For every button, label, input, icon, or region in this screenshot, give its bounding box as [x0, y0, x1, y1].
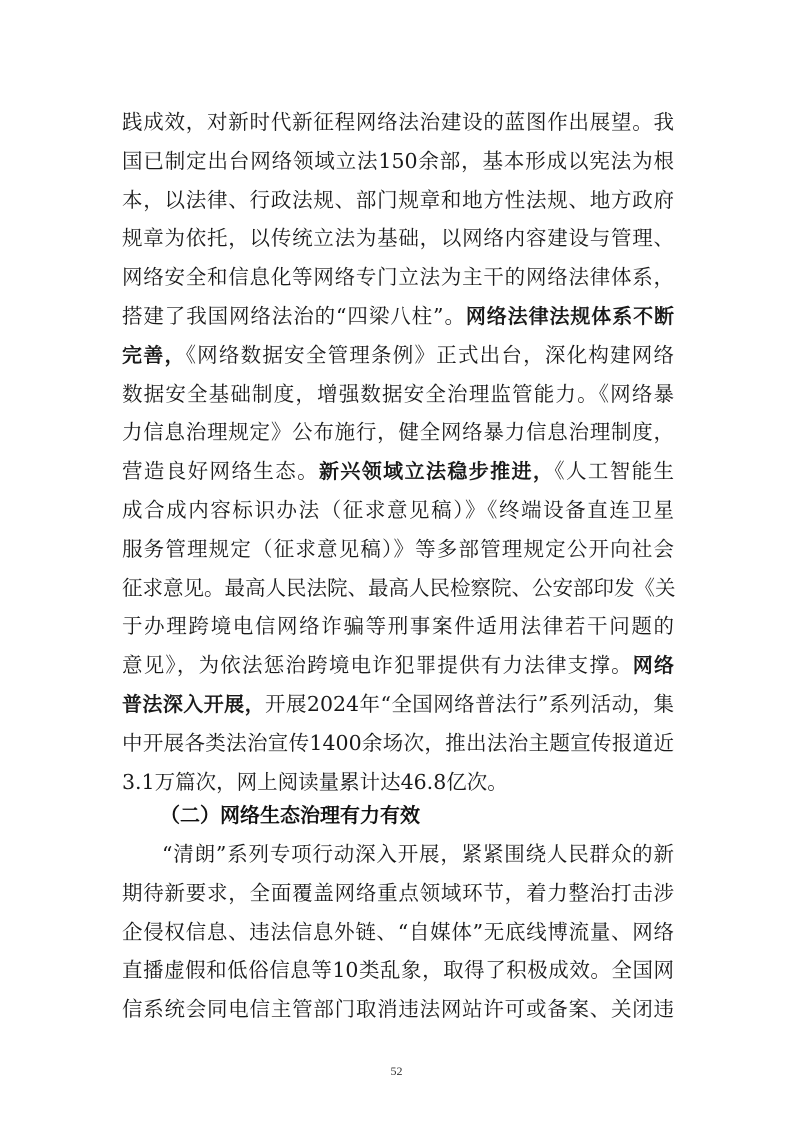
- text-run: 于办理跨境电信网络诈骗等刑事案件适用法律若干问题的: [122, 614, 674, 638]
- text-line: 网络安全和信息化等网络专门立法为主干的网络法律体系，: [122, 262, 674, 292]
- text-run: 网络安全和信息化等网络专门立法为主干的网络法律体系，: [122, 265, 674, 289]
- text-run: 期待新要求，全面覆盖网络重点领域环节，着力整治打击涉: [122, 881, 674, 905]
- text-line: 于办理跨境电信网络诈骗等刑事案件适用法律若干问题的: [122, 611, 674, 641]
- text-run: 企侵权信息、违法信息外链、“自媒体”无底线博流量、网络: [122, 920, 674, 944]
- text-run: 搭建了我国网络法治的“四梁八柱”。: [122, 304, 466, 328]
- text-run: 开展2024年“全国网络普法行”系列活动，集: [265, 692, 674, 716]
- text-run: 征求意见。最高人民法院、最高人民检察院、公安部印发《关: [122, 576, 676, 600]
- bold-lead-phrase: 普法深入开展，: [122, 692, 265, 716]
- text-run: 营造良好网络生态。: [122, 459, 319, 483]
- text-run: 本，以法律、行政法规、部门规章和地方性法规、地方政府: [122, 188, 674, 212]
- text-line: 服务管理规定（征求意见稿）》等多部管理规定公开向社会: [122, 534, 674, 564]
- text-line: “清朗”系列专项行动深入开展，紧紧围绕人民群众的新: [162, 839, 674, 869]
- section-heading: （二）网络生态治理有力有效: [160, 800, 420, 830]
- text-run: 信系统会同电信主管部门取消违法网站许可或备案、关闭违: [122, 997, 674, 1021]
- text-line: 直播虚假和低俗信息等10类乱象，取得了积极成效。全国网: [122, 955, 674, 985]
- text-line: 期待新要求，全面覆盖网络重点领域环节，着力整治打击涉: [122, 878, 674, 908]
- text-run: 直播虚假和低俗信息等10类乱象，取得了积极成效。全国网: [122, 958, 674, 982]
- text-line: 3.1万篇次，网上阅读量累计达46.8亿次。: [122, 767, 674, 797]
- text-line: 意见》，为依法惩治跨境电诈犯罪提供有力法律支撑。网络: [122, 650, 674, 680]
- text-line: 普法深入开展，开展2024年“全国网络普法行”系列活动，集: [122, 689, 674, 719]
- text-line: 企侵权信息、违法信息外链、“自媒体”无底线博流量、网络: [122, 917, 674, 947]
- text-line: 完善，《网络数据安全管理条例》正式出台，深化构建网络: [122, 340, 674, 370]
- document-page: 践成效，对新时代新征程网络法治建设的蓝图作出展望。我国已制定出台网络领域立法15…: [0, 0, 793, 1122]
- text-run: 3.1万篇次，网上阅读量累计达46.8亿次。: [122, 770, 508, 794]
- text-line: 信系统会同电信主管部门取消违法网站许可或备案、关闭违: [122, 994, 674, 1024]
- bold-lead-phrase: 网络法律法规体系不断: [466, 304, 674, 328]
- text-run: 数据安全基础制度，增强数据安全治理监管能力。《网络暴: [122, 382, 674, 406]
- text-line: 国已制定出台网络领域立法150余部，基本形成以宪法为根: [122, 146, 674, 176]
- text-run: 成合成内容标识办法（征求意见稿）》《终端设备直连卫星: [122, 498, 674, 522]
- text-line: 中开展各类法治宣传1400余场次，推出法治主题宣传报道近: [122, 728, 674, 758]
- text-run: 《网络数据安全管理条例》正式出台，深化构建网络: [186, 343, 674, 367]
- text-line: 力信息治理规定》公布施行，健全网络暴力信息治理制度，: [122, 417, 674, 447]
- text-run: 力信息治理规定》公布施行，健全网络暴力信息治理制度，: [122, 420, 674, 444]
- text-line: 践成效，对新时代新征程网络法治建设的蓝图作出展望。我: [122, 107, 674, 137]
- text-run: 规章为依托，以传统立法为基础，以网络内容建设与管理、: [122, 226, 674, 250]
- bold-lead-phrase: 完善，: [122, 343, 186, 367]
- text-line: 成合成内容标识办法（征求意见稿）》《终端设备直连卫星: [122, 495, 674, 525]
- text-run: 国已制定出台网络领域立法150余部，基本形成以宪法为根: [122, 149, 674, 173]
- text-line: 搭建了我国网络法治的“四梁八柱”。网络法律法规体系不断: [122, 301, 674, 331]
- text-run: 中开展各类法治宣传1400余场次，推出法治主题宣传报道近: [122, 731, 674, 755]
- text-line: 征求意见。最高人民法院、最高人民检察院、公安部印发《关: [122, 573, 674, 603]
- text-run: 服务管理规定（征求意见稿）》等多部管理规定公开向社会: [122, 537, 674, 561]
- bold-lead-phrase: 网络: [633, 653, 674, 677]
- text-line: 营造良好网络生态。新兴领域立法稳步推进，《人工智能生: [122, 456, 674, 486]
- text-line: 数据安全基础制度，增强数据安全治理监管能力。《网络暴: [122, 379, 674, 409]
- page-number: 52: [0, 1064, 793, 1079]
- text-run: 意见》，为依法惩治跨境电诈犯罪提供有力法律支撑。: [122, 653, 633, 677]
- text-line: 规章为依托，以传统立法为基础，以网络内容建设与管理、: [122, 223, 674, 253]
- text-run: “清朗”系列专项行动深入开展，紧紧围绕人民群众的新: [162, 842, 674, 866]
- text-run: 《人工智能生: [554, 459, 674, 483]
- text-run: 践成效，对新时代新征程网络法治建设的蓝图作出展望。我: [122, 110, 674, 134]
- bold-lead-phrase: 新兴领域立法稳步推进，: [319, 459, 554, 483]
- text-line: 本，以法律、行政法规、部门规章和地方性法规、地方政府: [122, 185, 674, 215]
